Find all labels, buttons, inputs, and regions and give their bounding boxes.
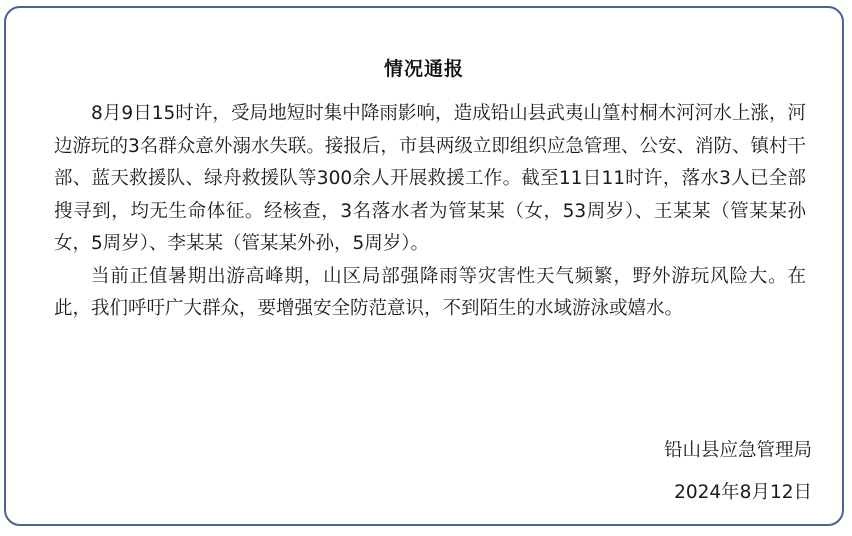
notice-title: 情况通报 (6, 54, 842, 81)
notice-body: 8月9日15时许，受局地短时集中降雨影响，造成铅山县武夷山篁村桐木河河水上涨，河… (54, 98, 806, 326)
issue-date: 2024年8月12日 (664, 472, 812, 514)
signature-block: 铅山县应急管理局 2024年8月12日 (664, 430, 812, 514)
paragraph-safety-appeal: 当前正值暑期出游高峰期，山区局部强降雨等灾害性天气频繁，野外游玩风险大。在此，我… (54, 261, 806, 326)
paragraph-incident: 8月9日15时许，受局地短时集中降雨影响，造成铅山县武夷山篁村桐木河河水上涨，河… (54, 98, 806, 261)
issuer-name: 铅山县应急管理局 (664, 430, 812, 472)
notice-container: 情况通报 8月9日15时许，受局地短时集中降雨影响，造成铅山县武夷山篁村桐木河河… (4, 6, 844, 526)
